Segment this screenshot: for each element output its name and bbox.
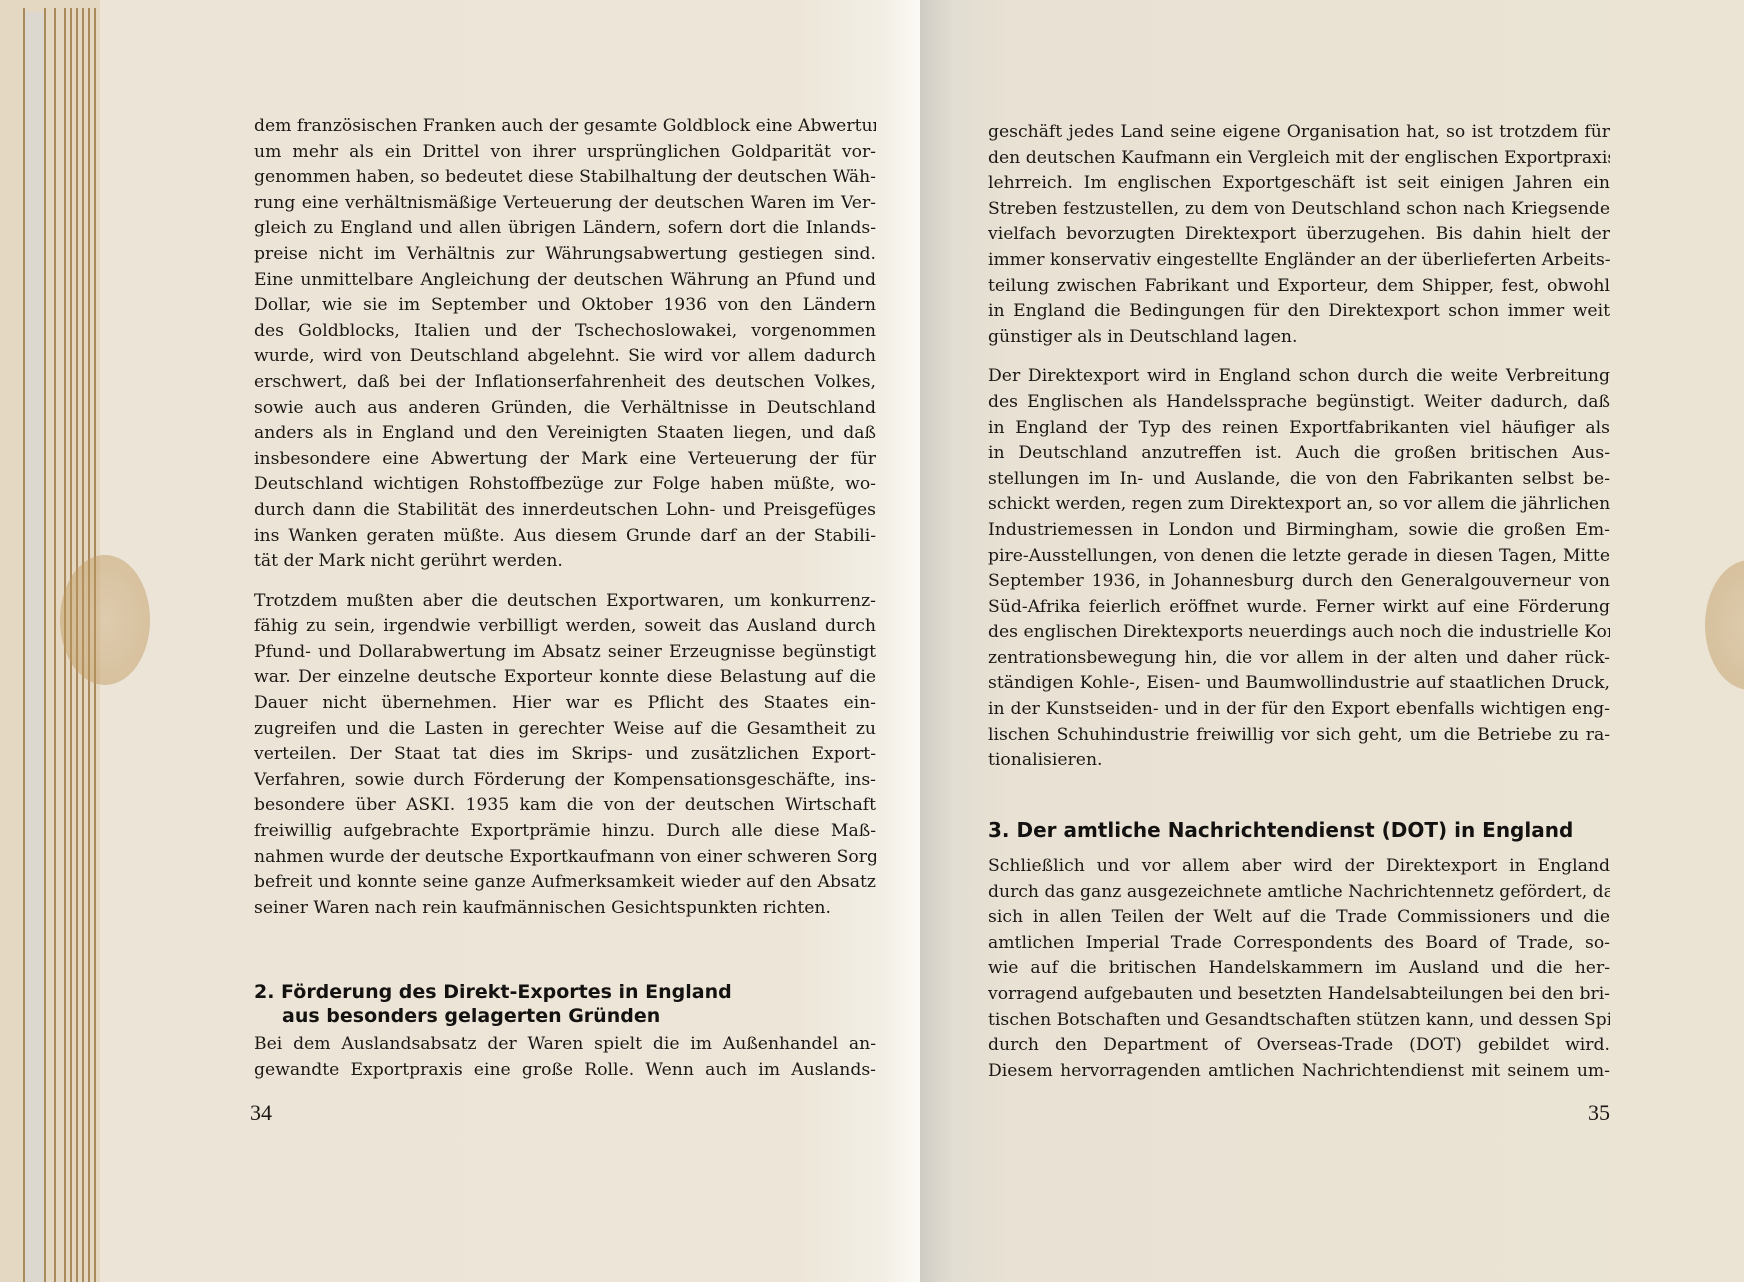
text-line: in der Kunstseiden- und in der für den E… <box>988 697 1610 723</box>
text-line: nahmen wurde der deutsche Exportkaufmann… <box>254 845 876 871</box>
text-line: gleich zu England und allen übrigen Länd… <box>254 216 876 242</box>
paragraph: Bei dem Auslandsabsatz der Waren spielt … <box>254 1032 876 1083</box>
page-edge-line <box>44 8 46 1282</box>
text-line: des englischen Direktexports neuerdings … <box>988 620 1610 646</box>
text-line: sowie auch aus anderen Gründen, die Verh… <box>254 396 876 422</box>
text-line: Industriemessen in London und Birmingham… <box>988 518 1610 544</box>
text-line: stellungen im In- und Auslande, die von … <box>988 467 1610 493</box>
text-line: insbesondere eine Abwertung der Mark ein… <box>254 447 876 473</box>
text-line: des Goldblocks, Italien und der Tschecho… <box>254 319 876 345</box>
text-line: günstiger als in Deutschland lagen. <box>988 325 1610 351</box>
text-line: in Deutschland anzutreffen ist. Auch die… <box>988 441 1610 467</box>
text-line: geschäft jedes Land seine eigene Organis… <box>988 120 1610 146</box>
text-line: verteilen. Der Staat tat dies im Skrips-… <box>254 742 876 768</box>
text-line: immer konservativ eingestellte Engländer… <box>988 248 1610 274</box>
text-line: seiner Waren nach rein kaufmännischen Ge… <box>254 896 876 922</box>
text-line: tischen Botschaften und Gesandtschaften … <box>988 1008 1610 1034</box>
text-line: erschwert, daß bei der Inflationserfahre… <box>254 370 876 396</box>
text-line: vorragend aufgebauten und besetzten Hand… <box>988 982 1610 1008</box>
text-line: freiwillig aufgebrachte Exportprämie hin… <box>254 819 876 845</box>
page-edge-line <box>54 8 56 1282</box>
text-line: durch dann die Stabilität des innerdeuts… <box>254 498 876 524</box>
heading-line: aus besonders gelagerten Gründen <box>254 1004 732 1028</box>
text-line: sich in allen Teilen der Welt auf die Tr… <box>988 905 1610 931</box>
text-line: dem französischen Franken auch der gesam… <box>254 114 876 140</box>
text-line: durch den Department of Overseas-Trade (… <box>988 1033 1610 1059</box>
text-line: Süd-Afrika feierlich eröffnet wurde. Fer… <box>988 595 1610 621</box>
paragraph: geschäft jedes Land seine eigene Organis… <box>988 120 1610 350</box>
paragraph: dem französischen Franken auch der gesam… <box>254 114 876 575</box>
text-line: wurde, wird von Deutschland abgelehnt. S… <box>254 344 876 370</box>
section-heading-3: 3. Der amtliche Nachrichtendienst (DOT) … <box>988 818 1573 842</box>
page-edge-line <box>23 8 25 1282</box>
text-line: Pfund- und Dollarabwertung im Absatz sei… <box>254 640 876 666</box>
text-line: Eine unmittelbare Angleichung der deutsc… <box>254 268 876 294</box>
text-line: vielfach bevorzugten Direktexport überzu… <box>988 222 1610 248</box>
text-line: Bei dem Auslandsabsatz der Waren spielt … <box>254 1032 876 1058</box>
text-line: befreit und konnte seine ganze Aufmerksa… <box>254 870 876 896</box>
text-line: ständigen Kohle-, Eisen- und Baumwollind… <box>988 671 1610 697</box>
text-line: anders als in England und den Vereinigte… <box>254 421 876 447</box>
text-line: ins Wanken geraten müßte. Aus diesem Gru… <box>254 524 876 550</box>
right-page-text-bottom: Schließlich und vor allem aber wird der … <box>988 854 1610 1084</box>
text-line: tionalisieren. <box>988 748 1610 774</box>
text-line: besondere über ASKI. 1935 kam die von de… <box>254 793 876 819</box>
page-number: 34 <box>250 1100 272 1126</box>
text-line: genommen haben, so bedeutet diese Stabil… <box>254 165 876 191</box>
text-line: zugreifen und die Lasten in gerechter We… <box>254 717 876 743</box>
section-heading-2: 2. Förderung des Direkt-Exportes in Engl… <box>254 980 732 1028</box>
text-line: Verfahren, sowie durch Förderung der Kom… <box>254 768 876 794</box>
text-line: Dauer nicht übernehmen. Hier war es Pfli… <box>254 691 876 717</box>
page-number: 35 <box>1588 1100 1610 1126</box>
heading-line: 2. Förderung des Direkt-Exportes in Engl… <box>254 981 732 1003</box>
text-line: Der Direktexport wird in England schon d… <box>988 364 1610 390</box>
text-line: den deutschen Kaufmann ein Vergleich mit… <box>988 146 1610 172</box>
text-line: war. Der einzelne deutsche Exporteur kon… <box>254 665 876 691</box>
paragraph: Trotzdem mußten aber die deutschen Expor… <box>254 589 876 922</box>
text-line: fähig zu sein, irgendwie verbilligt werd… <box>254 614 876 640</box>
text-line: Deutschland wichtigen Rohstoffbezüge zur… <box>254 472 876 498</box>
left-page-text-bottom: Bei dem Auslandsabsatz der Waren spielt … <box>254 1032 876 1083</box>
text-line: durch das ganz ausgezeichnete amtliche N… <box>988 880 1610 906</box>
text-line: zentrationsbewegung hin, die vor allem i… <box>988 646 1610 672</box>
text-line: lehrreich. Im englischen Exportgeschäft … <box>988 171 1610 197</box>
right-page-text: geschäft jedes Land seine eigene Organis… <box>988 120 1610 774</box>
left-page-text: dem französischen Franken auch der gesam… <box>254 114 876 921</box>
text-line: wie auf die britischen Handelskammern im… <box>988 956 1610 982</box>
text-line: Trotzdem mußten aber die deutschen Expor… <box>254 589 876 615</box>
text-line: schickt werden, regen zum Direktexport a… <box>988 492 1610 518</box>
text-line: lischen Schuhindustrie freiwillig vor si… <box>988 723 1610 749</box>
text-line: amtlichen Imperial Trade Correspondents … <box>988 931 1610 957</box>
text-line: preise nicht im Verhältnis zur Währungsa… <box>254 242 876 268</box>
text-line: Diesem hervorragenden amtlichen Nachrich… <box>988 1059 1610 1085</box>
text-line: teilung zwischen Fabrikant und Exporteur… <box>988 274 1610 300</box>
water-stain <box>60 555 150 685</box>
text-line: in England der Typ des reinen Exportfabr… <box>988 416 1610 442</box>
page-edge-sheet <box>24 12 44 1282</box>
text-line: tät der Mark nicht gerührt werden. <box>254 549 876 575</box>
book-spread: dem französischen Franken auch der gesam… <box>0 0 1744 1282</box>
text-line: in England die Bedingungen für den Direk… <box>988 299 1610 325</box>
text-line: Dollar, wie sie im September und Oktober… <box>254 293 876 319</box>
text-line: um mehr als ein Drittel von ihrer ursprü… <box>254 140 876 166</box>
text-line: des Englischen als Handelssprache begüns… <box>988 390 1610 416</box>
text-line: September 1936, in Johannesburg durch de… <box>988 569 1610 595</box>
paragraph: Schließlich und vor allem aber wird der … <box>988 854 1610 1084</box>
text-line: Streben festzustellen, zu dem von Deutsc… <box>988 197 1610 223</box>
paragraph: Der Direktexport wird in England schon d… <box>988 364 1610 774</box>
text-line: pire-Ausstellungen, von denen die letzte… <box>988 544 1610 570</box>
text-line: Schließlich und vor allem aber wird der … <box>988 854 1610 880</box>
text-line: gewandte Exportpraxis eine große Rolle. … <box>254 1058 876 1084</box>
text-line: rung eine verhältnismäßige Verteuerung d… <box>254 191 876 217</box>
